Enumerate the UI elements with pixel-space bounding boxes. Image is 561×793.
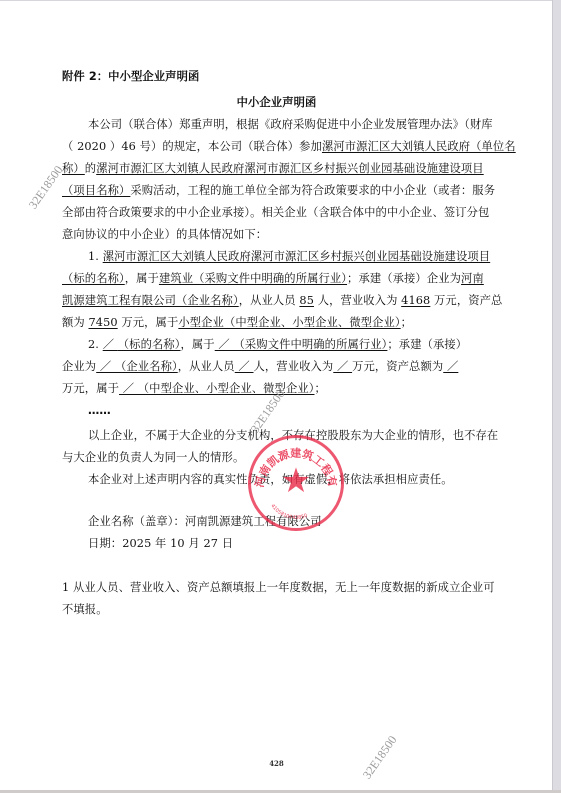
item1-company: 凯源建筑工程有限公司（企业名称）: [62, 294, 239, 307]
item1-project-name: 漯河市源汇区大刘镇人民政府漯河市源汇区乡村振兴创业园基础设施建设项目: [103, 250, 491, 263]
attachment-heading: 附件 2：中小型企业声明函: [62, 70, 199, 84]
company-seal: 河南凯源建筑工程有限公司 4105810043850 ★: [248, 435, 344, 531]
star-icon: ★: [281, 464, 311, 498]
watermark: 32E18500: [360, 733, 401, 782]
scrollbar[interactable]: [552, 0, 561, 793]
page-number: 428: [0, 759, 553, 768]
item2-line: 企业为 ／ （企业名称），从业人员 ／ 人，营业收入为 ／ 万元，资产总额为 ／: [62, 360, 458, 374]
document-title: 中小企业声明函: [0, 96, 553, 110]
item1-line: （标的名称），属于建筑业（采购文件中明确的所属行业）；承建（承接）企业为河南: [62, 272, 484, 286]
item1-assets: 7450: [89, 316, 118, 329]
signature-date: 日期：2025 年 10 月 27 日: [88, 537, 233, 551]
paragraph-line: 意向协议的中小企业）的具体情况如下：: [62, 228, 267, 242]
document-page: 附件 2：中小型企业声明函 中小企业声明函 本公司（联合体）郑重声明，根据《政府…: [0, 0, 553, 791]
item1-line: 1. 漯河市源汇区大刘镇人民政府漯河市源汇区乡村振兴创业园基础设施建设项目: [88, 250, 490, 264]
project-name: 漯河市源汇区大刘镇人民政府漯河市源汇区乡村振兴创业园基础设施建设项目: [96, 162, 484, 175]
item1-industry: 建筑业（采购文件中明确的所属行业）: [159, 272, 347, 285]
svg-text:4105810043850: 4105810043850: [269, 503, 308, 521]
item1-revenue: 4168: [401, 294, 430, 307]
paragraph-line: （项目名称）采购活动，工程的施工单位全部为符合政策要求的中小企业（或者：服务: [62, 184, 495, 198]
paragraph-line: 称）的漯河市源汇区大刘镇人民政府漯河市源汇区乡村振兴创业园基础设施建设项目: [62, 162, 484, 176]
item1-size: 小型企业（中型企业、小型企业、微型企业）: [178, 316, 400, 329]
paragraph-line: 与大企业的负责人为同一人的情形。: [62, 451, 244, 465]
paragraph-line: 全部由符合政策要求的中小企业承接）。相关企业（含联合体中的中小企业、签订分包: [62, 206, 489, 220]
paragraph-line: （ 2020 ）46 号）的规定，本公司（联合体）参加漯河市源汇区大刘镇人民政府…: [62, 140, 516, 154]
footnote-line: 1 从业人员、营业收入、资产总额填报上一年度数据，无上一年度数据的新成立企业可: [62, 581, 495, 595]
item1-line: 凯源建筑工程有限公司（企业名称），从业人员 85 人，营业收入为 4168 万元…: [62, 294, 502, 308]
purchaser-name: 漯河市源汇区大刘镇人民政府（单位名: [322, 140, 516, 153]
ellipsis: ……: [88, 404, 111, 418]
item1-employees: 85: [299, 294, 314, 307]
footnote-line: 不填报。: [62, 603, 108, 617]
paragraph-line: 本公司（联合体）郑重声明，根据《政府采购促进中小企业发展管理办法》（财库: [88, 118, 493, 132]
item1-line: 额为 7450 万元，属于小型企业（中型企业、小型企业、微型企业）；: [62, 316, 412, 330]
watermark: 32E18500: [26, 163, 67, 212]
item2-line: 2. ／ （标的名称），属于 ／ （采购文件中明确的所属行业）；承建（承接）: [88, 338, 467, 352]
